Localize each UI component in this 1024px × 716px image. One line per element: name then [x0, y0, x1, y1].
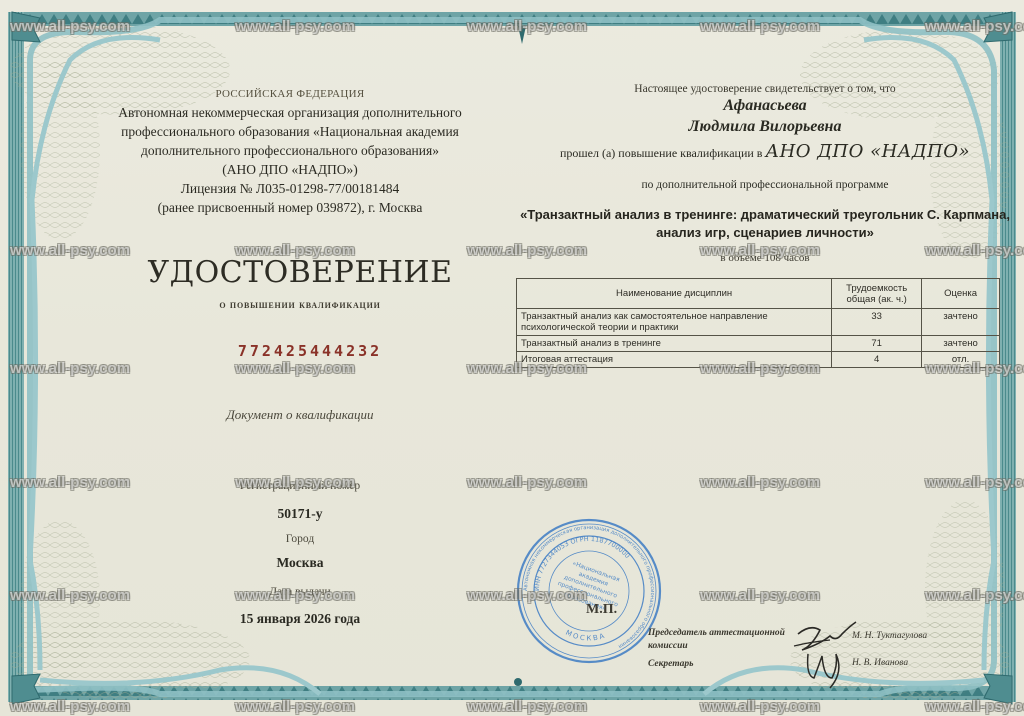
watermark-text: www.all-psy.com [235, 698, 355, 715]
registration-label: Регистрационный номер [150, 480, 450, 492]
former-number: (ранее присвоенный номер 039872), г. Мос… [120, 198, 460, 217]
watermark-text: www.all-psy.com [10, 587, 130, 604]
watermark-text: www.all-psy.com [10, 474, 130, 491]
discipline-name: Транзактный анализ в тренинге [517, 336, 832, 352]
watermark-text: www.all-psy.com [467, 18, 587, 35]
watermark-text: www.all-psy.com [925, 18, 1024, 35]
total-hours: в объеме 108 часов [530, 252, 1000, 264]
official-seal-icon: Автономная некоммерческая организация до… [514, 516, 664, 666]
org-line: дополнительного профессионального образо… [70, 141, 510, 160]
issue-date-label: Дата выдачи [150, 586, 450, 598]
certificate-title: УДОСТОВЕРЕНИЕ [100, 255, 500, 290]
discipline-grade: зачтено [922, 309, 1000, 336]
table-row: Итоговая аттестация 4 отл. [517, 352, 1000, 368]
country-header: РОССИЙСКАЯ ФЕДЕРАЦИЯ [140, 88, 440, 100]
org-line: Автономная некоммерческая организация до… [70, 103, 510, 122]
watermark-text: www.all-psy.com [925, 587, 1024, 604]
issue-date: 15 января 2026 года [150, 611, 450, 627]
discipline-name: Транзактный анализ как самостоятельное н… [517, 309, 832, 336]
org-line: профессионального образования «Националь… [70, 122, 510, 141]
watermark-text: www.all-psy.com [235, 18, 355, 35]
watermark-text: www.all-psy.com [10, 698, 130, 715]
watermark-text: www.all-psy.com [700, 18, 820, 35]
discipline-grade: зачтено [922, 336, 1000, 352]
chair-label: Председатель аттестационной комиссии [648, 627, 793, 653]
watermark-text: www.all-psy.com [925, 474, 1024, 491]
header-discipline: Наименование дисциплин [517, 279, 832, 309]
city-value: Москва [150, 555, 450, 571]
table-row: Транзактный анализ как самостоятельное н… [517, 309, 1000, 336]
recipient-surname: Афанасьева [530, 97, 1000, 115]
watermark-text: www.all-psy.com [700, 474, 820, 491]
organization-short-name: (АНО ДПО «НАДПО») [120, 160, 460, 179]
secretary-name: Н. В. Иванова [852, 658, 908, 668]
discipline-name: Итоговая аттестация [517, 352, 832, 368]
watermark-text: www.all-psy.com [925, 698, 1024, 715]
registration-number: 50171-у [150, 506, 450, 522]
organization-details: (АНО ДПО «НАДПО») Лицензия № Л035-01298-… [120, 160, 460, 217]
organization-full-name: Автономная некоммерческая организация до… [70, 103, 510, 160]
completion-prefix: прошел (а) повышение квалификации в [560, 146, 762, 160]
disciplines-table: Наименование дисциплин Трудоемкость обща… [516, 278, 1000, 368]
program-intro: по дополнительной профессиональной прогр… [530, 179, 1000, 191]
watermark-text: www.all-psy.com [235, 360, 355, 377]
discipline-hours: 4 [832, 352, 922, 368]
table-row: Транзактный анализ в тренинге 71 зачтено [517, 336, 1000, 352]
table-header-row: Наименование дисциплин Трудоемкость обща… [517, 279, 1000, 309]
certificate-page: РОССИЙСКАЯ ФЕДЕРАЦИЯ Автономная некоммер… [0, 0, 1024, 716]
city-label: Город [150, 533, 450, 545]
seal-placeholder-label: М.П. [586, 602, 617, 618]
signature-secretary-icon [800, 648, 850, 694]
secretary-label: Секретарь [648, 658, 694, 671]
watermark-text: www.all-psy.com [10, 18, 130, 35]
recipient-given-names: Людмила Вилорьевна [530, 118, 1000, 136]
document-type: Документ о квалификации [150, 407, 450, 423]
discipline-hours: 33 [832, 309, 922, 336]
watermark-text: www.all-psy.com [700, 587, 820, 604]
certificate-number: 772425444232 [160, 342, 460, 360]
program-name: «Транзактный анализ в тренинге: драматич… [515, 206, 1015, 242]
watermark-text: www.all-psy.com [10, 360, 130, 377]
institution-name: АНО ДПО «НАДПО» [765, 141, 970, 162]
license-number: Лицензия № Л035-01298-77/00181484 [120, 179, 460, 198]
certificate-subtitle: о повышении квалификации [130, 299, 470, 311]
watermark-text: www.all-psy.com [467, 474, 587, 491]
discipline-hours: 71 [832, 336, 922, 352]
header-grade: Оценка [922, 279, 1000, 309]
header-hours: Трудоемкость общая (ак. ч.) [832, 279, 922, 309]
completion-statement: прошел (а) повышение квалификации в АНО … [530, 141, 1000, 162]
watermark-text: www.all-psy.com [467, 698, 587, 715]
discipline-grade: отл. [922, 352, 1000, 368]
certifies-text: Настоящее удостоверение свидетельствует … [530, 83, 1000, 95]
chair-name: М. Н. Туктагулова [852, 631, 927, 641]
watermark-text: www.all-psy.com [700, 698, 820, 715]
